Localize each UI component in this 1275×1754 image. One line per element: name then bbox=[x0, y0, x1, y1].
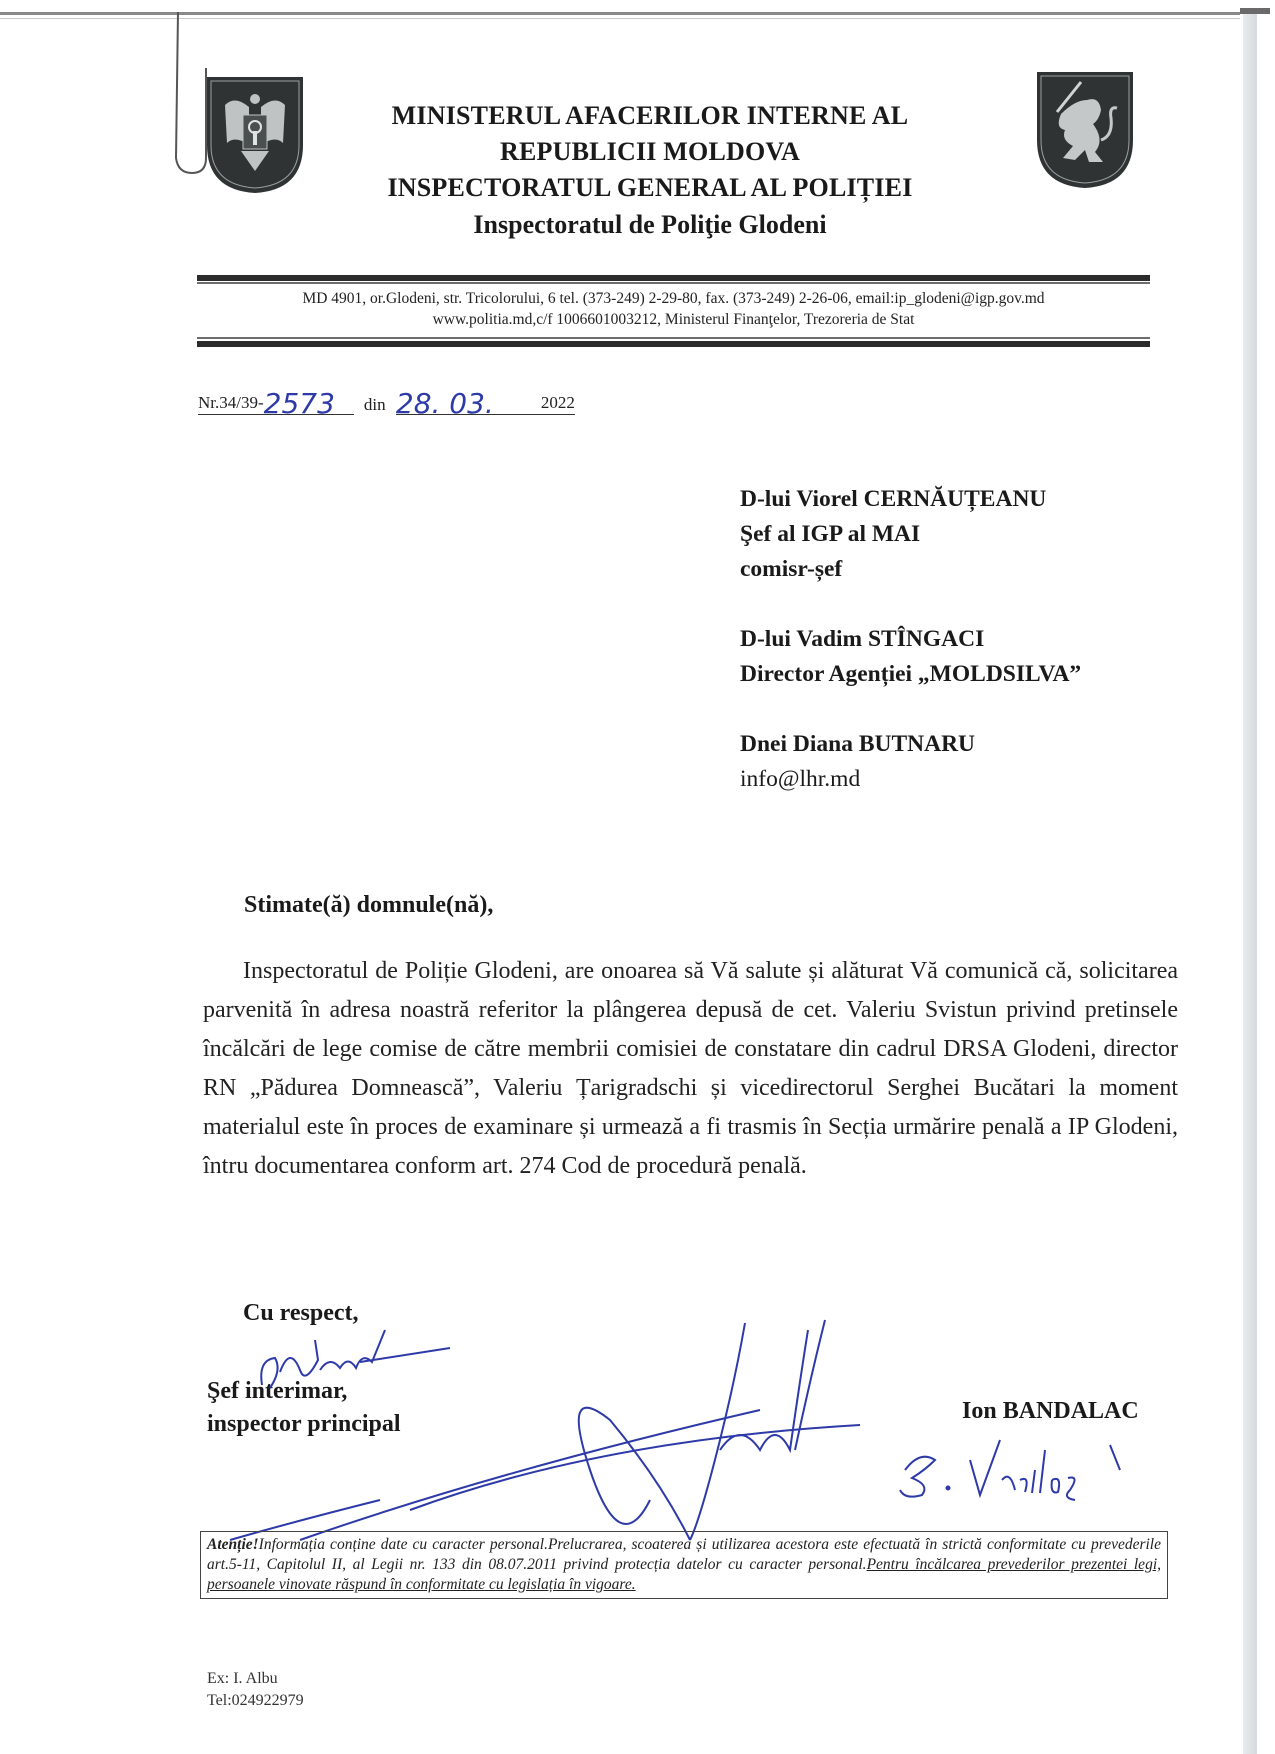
handwritten-signatures bbox=[0, 0, 1275, 1754]
local-inspectorate: Inspectoratul de Poliţie Glodeni bbox=[300, 206, 1000, 244]
inspectorate-general: INSPECTORATUL GENERAL AL POLIȚIEI bbox=[300, 170, 1000, 206]
addressee-1-name: D-lui Viorel CERNĂUȚEANU bbox=[740, 482, 1081, 517]
letter-body: Inspectoratul de Poliție Glodeni, are on… bbox=[203, 952, 1178, 1186]
addressees-block: D-lui Viorel CERNĂUȚEANU Şef al IGP al M… bbox=[740, 482, 1081, 797]
addressee-3-name: Dnei Diana BUTNARU bbox=[740, 727, 1081, 762]
ref-year: 2022 bbox=[541, 393, 575, 415]
addressee-3-email: info@lhr.md bbox=[740, 762, 1081, 797]
addressee-2-name: D-lui Vadim STÎNGACI bbox=[740, 622, 1081, 657]
letterhead: MINISTERUL AFACERILOR INTERNE AL REPUBLI… bbox=[300, 98, 1000, 244]
personal-data-notice: Atenție!Informația conține date cu carac… bbox=[200, 1531, 1168, 1599]
ref-date-handwritten: 28. 03. bbox=[396, 393, 541, 415]
notice-label: Atenție! bbox=[207, 1536, 259, 1553]
contact-line-2: www.politia.md,c/f 1006601003212, Minist… bbox=[197, 309, 1150, 330]
signer-name: Ion BANDALAC bbox=[962, 1398, 1139, 1425]
scan-edge-right bbox=[1243, 14, 1257, 1754]
header-divider-bottom-thin bbox=[197, 337, 1150, 339]
executor-info: Ex: I. Albu Tel:024922979 bbox=[207, 1668, 304, 1712]
addressee-2-title: Director Agenției „MOLDSILVA” bbox=[740, 657, 1081, 692]
police-lion-shield-icon bbox=[1035, 70, 1135, 190]
moldova-coat-of-arms-icon bbox=[205, 75, 305, 195]
signer-title-line-2: inspector principal bbox=[207, 1408, 401, 1441]
executor-phone: Tel:024922979 bbox=[207, 1690, 304, 1712]
ministry-line-2: REPUBLICII MOLDOVA bbox=[300, 134, 1000, 170]
reference-line: Nr.34/39-2573 din 28. 03.2022 bbox=[198, 393, 575, 415]
header-divider-bottom bbox=[197, 341, 1150, 347]
ministry-line-1: MINISTERUL AFACERILOR INTERNE AL bbox=[300, 98, 1000, 134]
signer-title: Şef interimar, inspector principal bbox=[207, 1375, 401, 1441]
paperclip bbox=[170, 8, 220, 178]
salutation: Stimate(ă) domnule(nă), bbox=[244, 892, 493, 919]
ref-number-handwritten: 2573 bbox=[264, 393, 354, 415]
executor-name: Ex: I. Albu bbox=[207, 1668, 304, 1690]
ref-din-label: din bbox=[364, 395, 386, 415]
header-divider-top-thin bbox=[197, 282, 1150, 284]
contact-line-1: MD 4901, or.Glodeni, str. Tricolorului, … bbox=[197, 288, 1150, 309]
addressee-1-title: Şef al IGP al MAI bbox=[740, 517, 1081, 552]
signer-title-line-1: Şef interimar, bbox=[207, 1375, 401, 1408]
closing: Cu respect, bbox=[243, 1300, 359, 1327]
letter-body-text: Inspectoratul de Poliție Glodeni, are on… bbox=[203, 958, 1178, 1179]
header-divider-top bbox=[197, 275, 1150, 281]
addressee-1-rank: comisr-șef bbox=[740, 552, 1081, 587]
ref-prefix: Nr.34/39- bbox=[198, 393, 264, 415]
